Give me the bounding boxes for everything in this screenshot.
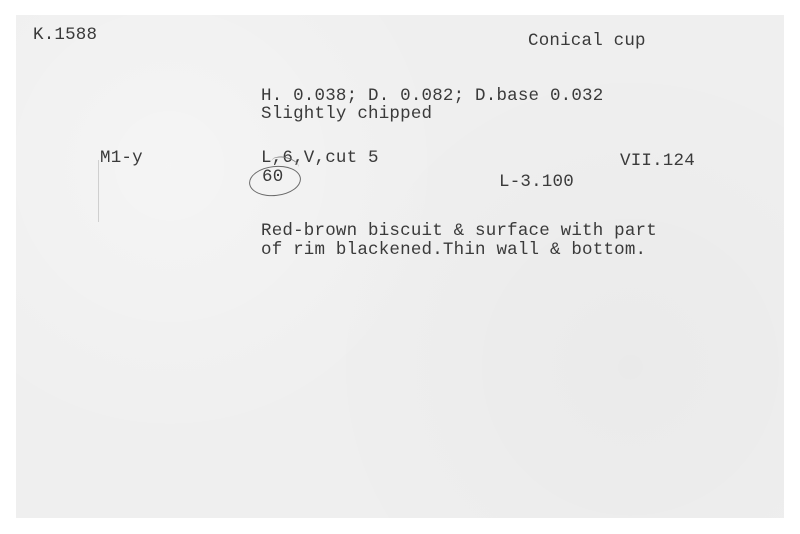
location-code: M1-y (100, 148, 143, 168)
condition: Slightly chipped (261, 104, 432, 124)
description-line-2: of rim blackened.Thin wall & bottom. (261, 240, 646, 260)
object-type: Conical cup (528, 31, 646, 51)
reference: VII.124 (620, 151, 695, 171)
description-line-1: Red-brown biscuit & surface with part (261, 221, 657, 241)
catalog-number: K.1588 (33, 25, 97, 45)
margin-line (98, 160, 99, 222)
dimensions: H. 0.038; D. 0.082; D.base 0.032 (261, 86, 603, 106)
inventory-ref: L-3.100 (499, 172, 574, 192)
